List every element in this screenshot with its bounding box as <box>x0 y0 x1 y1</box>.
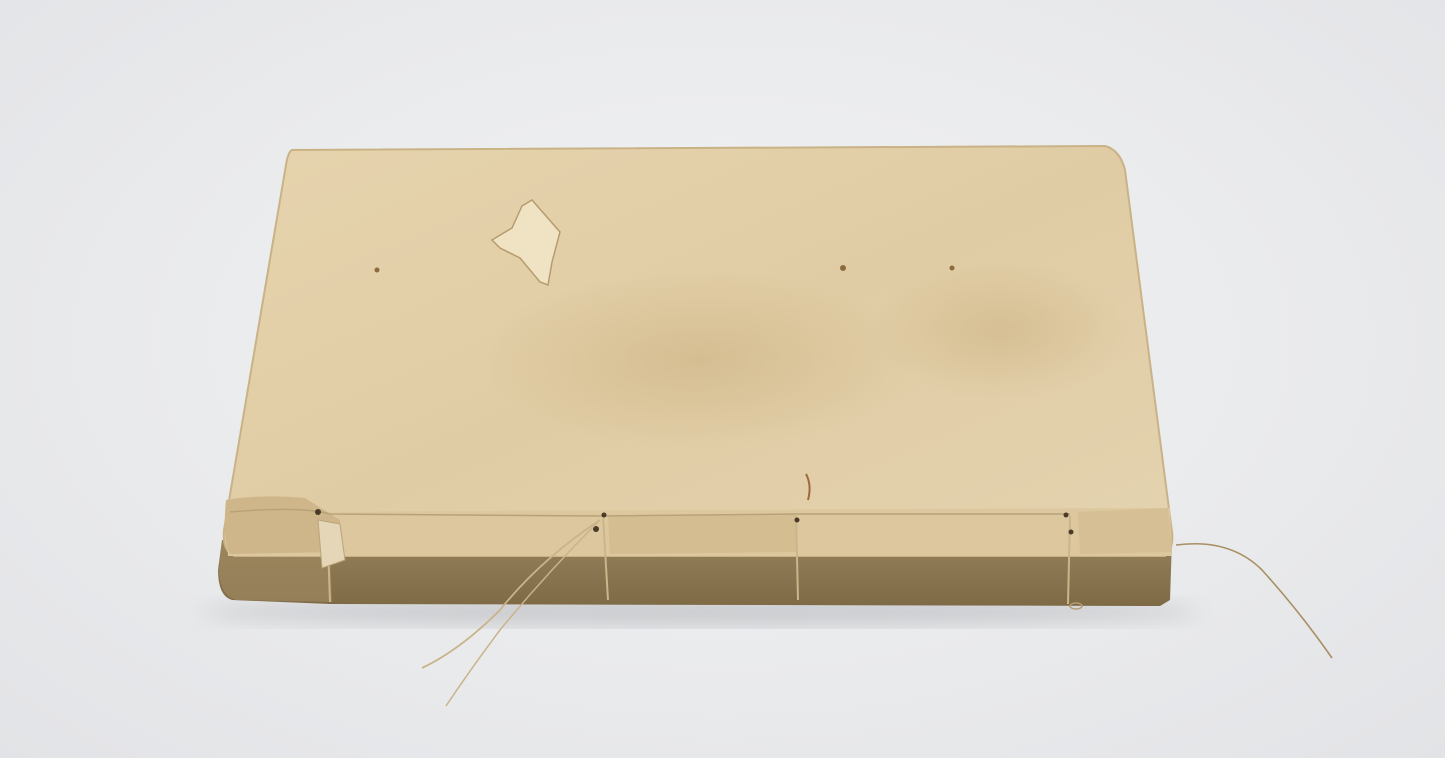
loose-thread-right <box>1176 544 1332 658</box>
book-illustration <box>0 0 1445 758</box>
cover-mark <box>950 266 955 271</box>
worn-patch <box>608 514 797 554</box>
cover-mark <box>375 268 380 273</box>
cover-stain <box>480 270 920 450</box>
corner-patch-right <box>1078 508 1172 554</box>
cover-mark <box>840 265 846 271</box>
photo-scene <box>0 0 1445 758</box>
cover-stain <box>870 260 1130 400</box>
